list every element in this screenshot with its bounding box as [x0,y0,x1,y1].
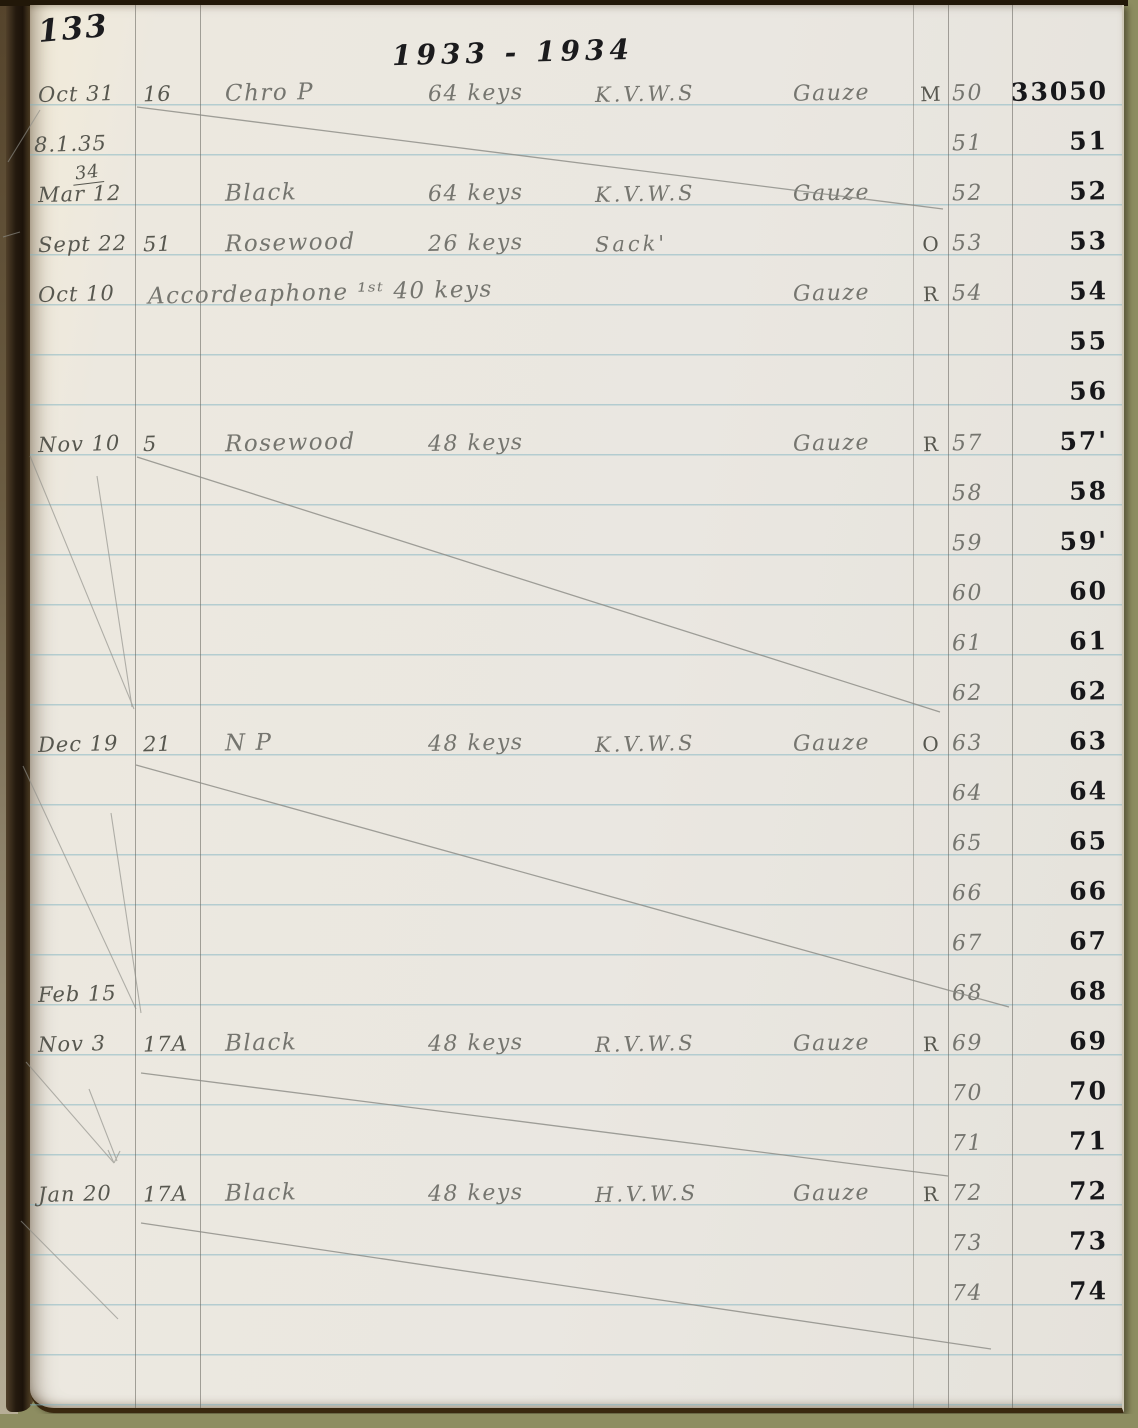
date-cell: Sept 22 [38,231,128,257]
serial-pencil-cell: 52 [952,181,984,207]
serial-ink-cell: 51 [1008,126,1108,157]
serial-ink-cell: 57' [1008,426,1108,457]
initials-cell: H.V.W.S [595,1181,699,1207]
ledger-row: 8.1.35 34 Mar 12 Black 64 keys K.V.W.S G… [30,168,1122,206]
serial-ink-cell: 62 [1008,676,1108,707]
year-title: 1933 - 1934 [392,33,635,72]
serial-ink-cell: 54 [1008,276,1108,307]
description-cell: Chro P [225,79,315,107]
keys-cell: 48 keys [428,1030,524,1057]
serial-ink-cell: 53 [1008,226,1108,257]
condition-letter-cell: R [914,1182,949,1207]
covering-cell: Gauze [793,1180,870,1207]
condition-letter-cell: R [914,1032,949,1057]
serial-ink-cell: 60 [1008,576,1108,607]
serial-ink-cell: 58 [1008,476,1108,507]
serial-pencil-cell: 69 [952,1031,984,1057]
serial-ink-cell: 55 [1008,326,1108,357]
covering-cell: Gauze [793,1030,870,1057]
ledger-row: 64 64 [30,768,1122,806]
date-cell: Feb 15 [38,981,117,1007]
serial-pencil-cell: 73 [952,1231,984,1257]
condition-letter-cell: O [914,732,949,757]
ledger-row: Oct 31 16 Chro P 64 keys K.V.W.S Gauze M… [30,68,1122,106]
description-cell: Rosewood [225,429,356,458]
serial-pencil-cell: 51 [952,131,984,157]
serial-pencil-cell: 63 [952,731,984,757]
serial-ink-cell: 56 [1008,376,1108,407]
initials-cell: R.V.W.S [595,1031,696,1057]
serial-pencil-cell: 53 [952,231,984,257]
ledger-row: Nov 10 5 Rosewood 48 keys Gauze R 57 57' [30,418,1122,456]
serial-pencil-cell: 54 [952,281,984,307]
serial-pencil-cell: 50 [952,81,984,107]
serial-pencil-cell: 61 [952,631,984,657]
scan-background-strip [0,1414,1138,1428]
ledger-row: Dec 19 21 N P 48 keys K.V.W.S Gauze O 63… [30,718,1122,756]
ledger-row: 55 [30,318,1122,356]
serial-ink-cell: 63 [1008,726,1108,757]
batch-number-cell: 16 [143,82,172,107]
ledger-row: Feb 15 68 68 [30,968,1122,1006]
serial-pencil-cell: 59 [952,531,984,557]
ledger-row: 60 60 [30,568,1122,606]
ledger-row: 65 65 [30,818,1122,856]
serial-pencil-cell: 66 [952,881,984,907]
ledger-row: 73 73 [30,1218,1122,1256]
serial-ink-cell: 70 [1008,1076,1108,1107]
ledger-row: 66 66 [30,868,1122,906]
description-cell: Black [225,1179,298,1207]
keys-cell: 48 keys [428,730,524,757]
initials-cell: K.V.W.S [595,181,696,207]
serial-pencil-cell: 71 [952,1131,984,1157]
ledger-row: 71 71 [30,1118,1122,1156]
ledger-row: Oct 10 Accordeaphone ¹ˢᵗ 40 keys Gauze R… [30,268,1122,306]
description-cell: Black [225,1029,298,1057]
ledger-row: Jan 20 17A Black 48 keys H.V.W.S Gauze R… [30,1168,1122,1206]
serial-ink-cell: 67 [1008,926,1108,957]
ledger-row: 62 62 [30,668,1122,706]
ledger-row: 58 58 [30,468,1122,506]
keys-cell: 48 keys [428,430,524,457]
batch-number-cell: 51 [143,232,172,257]
description-cell: Accordeaphone ¹ˢᵗ 40 keys [148,276,493,309]
covering-cell: Gauze [793,80,870,107]
serial-pencil-cell: 62 [952,681,984,707]
date-cell: Jan 20 [38,1181,112,1207]
serial-pencil-cell: 57 [952,431,984,457]
serial-ink-cell: 59' [1008,526,1108,557]
description-cell: N P [225,730,273,757]
date-annotation-1: 8.1.35 [34,131,107,157]
ledger-row: Nov 3 17A Black 48 keys R.V.W.S Gauze R … [30,1018,1122,1056]
batch-number-cell: 17A [143,1181,189,1206]
serial-ink-cell: 61 [1008,626,1108,657]
serial-pencil-cell: 74 [952,1281,984,1307]
page-number: 133 [37,8,111,50]
covering-cell: Gauze [793,430,870,457]
condition-letter-cell: R [914,432,949,457]
ledger-row: 61 61 [30,618,1122,656]
serial-ink-cell: 69 [1008,1026,1108,1057]
ledger-row: 70 70 [30,1068,1122,1106]
condition-letter-cell: O [914,232,949,257]
serial-ink-cell: 73 [1008,1226,1108,1257]
ledger-row: Sept 22 51 Rosewood 26 keys Sack' O 53 5… [30,218,1122,256]
keys-cell: 64 keys [428,180,524,207]
description-cell: Rosewood [225,229,356,258]
serial-ink-cell: 71 [1008,1126,1108,1157]
ledger-row: 56 [30,368,1122,406]
ledger-row: 67 67 [30,918,1122,956]
condition-letter-cell: M [914,82,949,107]
date-cell: Nov 10 [38,431,121,457]
serial-pencil-cell: 64 [952,781,984,807]
ledger-row: 74 74 [30,1268,1122,1306]
serial-pencil-cell: 67 [952,931,984,957]
initials-cell: Sack' [595,231,668,257]
serial-ink-cell: 65 [1008,826,1108,857]
date-cell: Oct 31 [38,81,115,107]
date-cell: Oct 10 [38,281,115,307]
serial-pencil-cell: 68 [952,981,984,1007]
keys-cell: 48 keys [428,1180,524,1207]
initials-cell: K.V.W.S [595,81,696,107]
initials-cell: K.V.W.S [595,731,696,757]
covering-cell: Gauze [793,180,870,207]
keys-cell: 26 keys [428,230,524,257]
keys-cell: 64 keys [428,80,524,107]
date-cell: Dec 19 [38,731,119,757]
date-cell: Nov 3 [38,1031,107,1057]
ledger-row: 59 59' [30,518,1122,556]
serial-ink-cell: 72 [1008,1176,1108,1207]
serial-ink-cell: 66 [1008,876,1108,907]
covering-cell: Gauze [793,280,870,307]
date-cell: Mar 12 [38,181,122,207]
serial-pencil-cell: 65 [952,831,984,857]
batch-number-cell: 21 [143,732,172,757]
serial-ink-cell: 68 [1008,976,1108,1007]
ledger-page-scan: 133 1933 - 1934 Oct 31 16 Chro P 64 keys… [0,0,1138,1428]
serial-pencil-cell: 60 [952,581,984,607]
serial-ink-cell: 64 [1008,776,1108,807]
serial-pencil-cell: 70 [952,1081,984,1107]
batch-number-cell: 17A [143,1031,189,1056]
serial-ink-cell: 52 [1008,176,1108,207]
serial-pencil-cell: 58 [952,481,984,507]
serial-pencil-cell: 72 [952,1181,984,1207]
ledger-paper: 133 1933 - 1934 Oct 31 16 Chro P 64 keys… [30,5,1124,1413]
batch-number-cell: 5 [143,432,158,456]
description-cell: Black [225,179,298,207]
serial-ink-cell: 33050 [1008,76,1108,107]
condition-letter-cell: R [914,282,949,307]
serial-ink-cell: 74 [1008,1276,1108,1307]
ledger-row: 51 51 [30,118,1122,156]
covering-cell: Gauze [793,730,870,757]
